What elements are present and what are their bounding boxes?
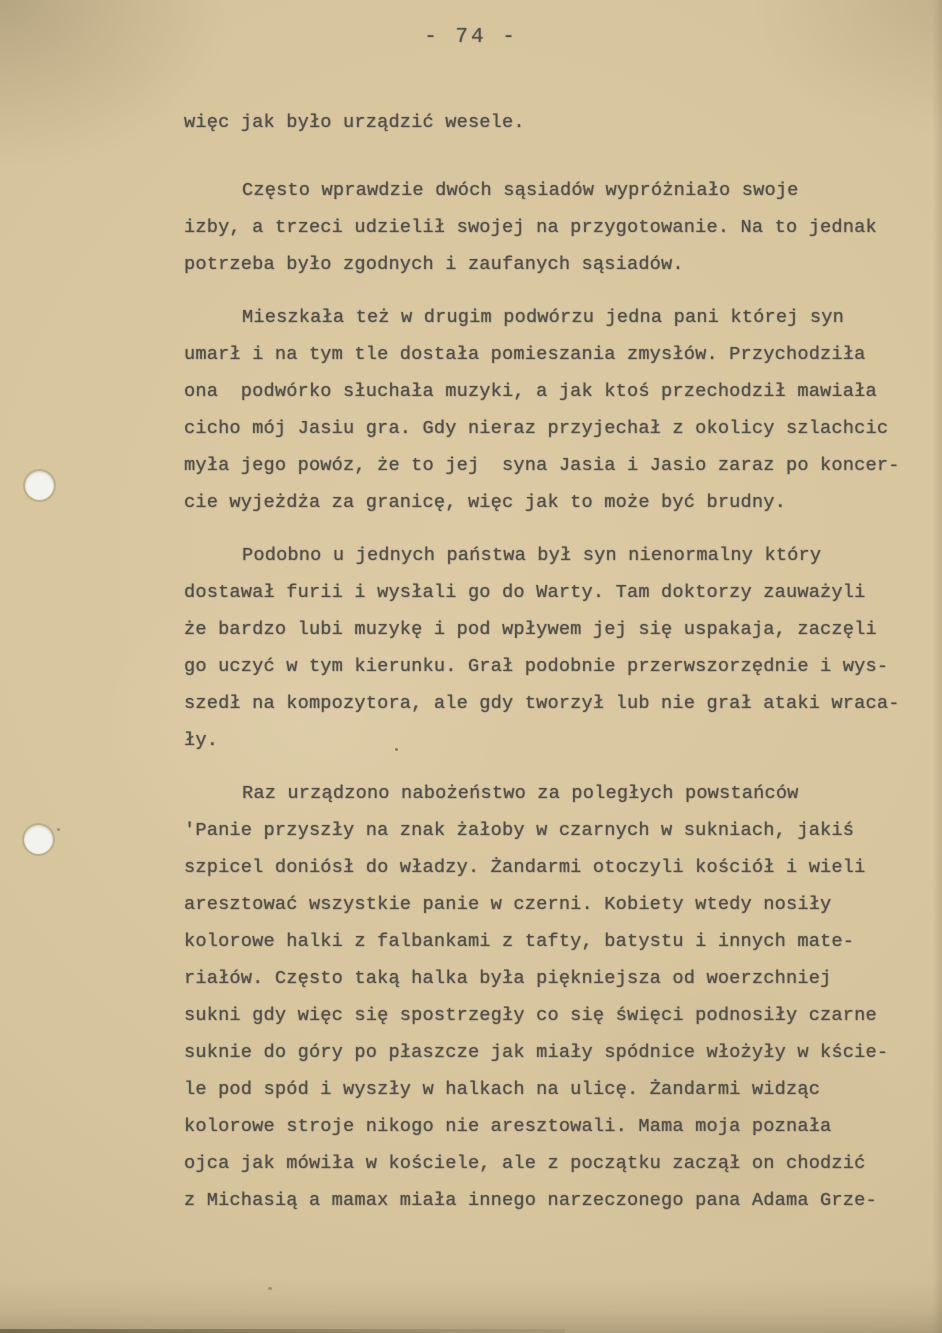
text-line: z Michasią a mamax miała innego narzeczo… bbox=[184, 1182, 924, 1219]
text-line: 'Panie przyszły na znak żałoby w czarnyc… bbox=[184, 812, 924, 849]
paragraph: więc jak było urządzić wesele. bbox=[184, 104, 924, 141]
text-line: ona podwórko słuchała muzyki, a jak ktoś… bbox=[184, 373, 924, 410]
ink-speck bbox=[395, 748, 398, 751]
scan-shading-bottom bbox=[0, 1278, 942, 1333]
text-line: aresztować wszystkie panie w czerni. Kob… bbox=[184, 886, 924, 923]
page-number: - 74 - bbox=[0, 26, 942, 49]
text-line: riałów. Często taką halka była piękniejs… bbox=[184, 960, 924, 997]
text-line: sukni gdy więc się spostrzegły co się św… bbox=[184, 997, 924, 1034]
punch-hole-bottom bbox=[24, 825, 53, 854]
text-line: cie wyjeżdża za granicę, więc jak to moż… bbox=[184, 484, 924, 521]
text-line: potrzeba było zgodnych i zaufanych sąsia… bbox=[184, 246, 924, 283]
text-line: ojca jak mówiła w kościele, ale z począt… bbox=[184, 1145, 924, 1182]
text-line: kolorowe stroje nikogo nie aresztowali. … bbox=[184, 1108, 924, 1145]
text-line: myła jego powóz, że to jej syna Jasia i … bbox=[184, 447, 924, 484]
text-line: że bardzo lubi muzykę i pod wpływem jej … bbox=[184, 611, 924, 648]
text-line: kolorowe halki z falbankami z tafty, bat… bbox=[184, 923, 924, 960]
ink-speck bbox=[57, 828, 60, 831]
text-line: cicho mój Jasiu gra. Gdy nieraz przyjech… bbox=[184, 410, 924, 447]
scan-shading-right bbox=[932, 0, 942, 1333]
paragraph: Raz urządzono nabożeństwo za poległych p… bbox=[184, 775, 924, 1219]
scan-edge-line bbox=[0, 1329, 565, 1333]
text-line: Często wprawdzie dwóch sąsiadów wypróżni… bbox=[184, 172, 924, 209]
punch-hole-top bbox=[25, 471, 54, 500]
text-line: szpicel doniósł do władzy. Żandarmi otoc… bbox=[184, 849, 924, 886]
text-line: więc jak było urządzić wesele. bbox=[184, 104, 924, 141]
text-line: szedł na kompozytora, ale gdy tworzył lu… bbox=[184, 685, 924, 722]
text-line: Mieszkała też w drugim podwórzu jedna pa… bbox=[184, 299, 924, 336]
scanned-page: - 74 - więc jak było urządzić wesele.Czę… bbox=[0, 0, 942, 1333]
text-line: le pod spód i wyszły w halkach na ulicę.… bbox=[184, 1071, 924, 1108]
text-line: Podobno u jednych państwa był syn nienor… bbox=[184, 537, 924, 574]
paragraph: Mieszkała też w drugim podwórzu jedna pa… bbox=[184, 299, 924, 521]
text-line: suknie do góry po płaszcze jak miały spó… bbox=[184, 1034, 924, 1071]
paragraph: Podobno u jednych państwa był syn nienor… bbox=[184, 537, 924, 759]
text-line: ły. bbox=[184, 722, 924, 759]
typewritten-text-block: więc jak było urządzić wesele.Często wpr… bbox=[184, 104, 924, 1235]
text-line: go uczyć w tym kierunku. Grał podobnie p… bbox=[184, 648, 924, 685]
text-line: Raz urządzono nabożeństwo za poległych p… bbox=[184, 775, 924, 812]
text-line: dostawał furii i wysłali go do Warty. Ta… bbox=[184, 574, 924, 611]
ink-speck bbox=[268, 1287, 272, 1290]
paragraph: Często wprawdzie dwóch sąsiadów wypróżni… bbox=[184, 172, 924, 283]
text-line: izby, a trzeci udzielił swojej na przygo… bbox=[184, 209, 924, 246]
text-line: umarł i na tym tle dostała pomieszania z… bbox=[184, 336, 924, 373]
